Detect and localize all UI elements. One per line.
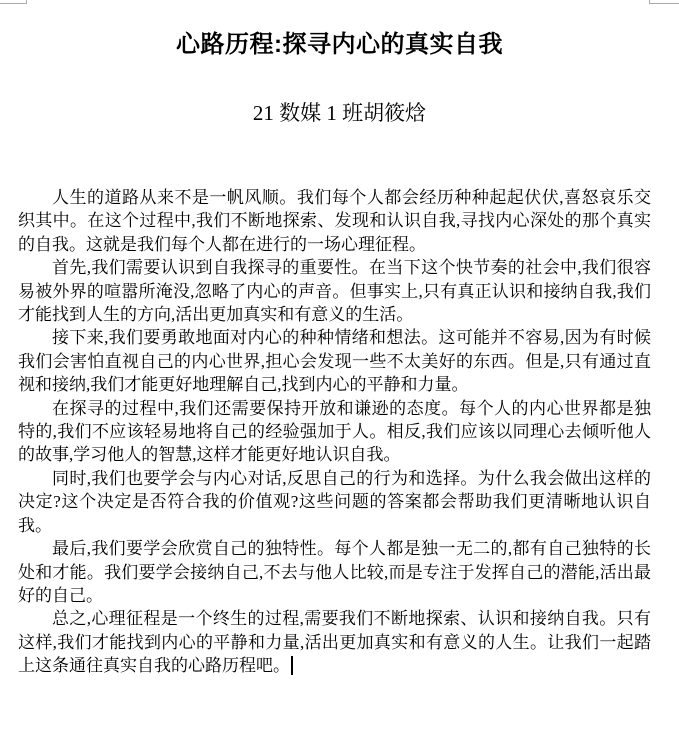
paragraph-5[interactable]: 同时,我们也要学会与内心对话,反思自己的行为和选择。为什么我会做出这样的决定?这… <box>18 467 651 537</box>
document-byline[interactable]: 21 数媒 1 班胡筱焓 <box>0 100 679 126</box>
document-body[interactable]: 人生的道路从来不是一帆风顺。我们每个人都会经历种种起起伏伏,喜怒哀乐交织其中。在… <box>18 186 651 678</box>
paragraph-7-text[interactable]: 总之,心理征程是一个终生的过程,需要我们不断地探索、认识和接纳自我。只有这样,我… <box>18 609 651 675</box>
text-boundary-mark-top-right <box>649 0 679 4</box>
paragraph-6[interactable]: 最后,我们要学会欣赏自己的独特性。每个人都是独一无二的,都有自己独特的长处和才能… <box>18 537 651 607</box>
paragraph-1[interactable]: 人生的道路从来不是一帆风顺。我们每个人都会经历种种起起伏伏,喜怒哀乐交织其中。在… <box>18 186 651 256</box>
paragraph-2[interactable]: 首先,我们需要认识到自我探寻的重要性。在当下这个快节奏的社会中,我们很容易被外界… <box>18 256 651 326</box>
text-boundary-mark-top-left <box>0 0 27 4</box>
paragraph-4[interactable]: 在探寻的过程中,我们还需要保持开放和谦逊的态度。每个人的内心世界都是独特的,我们… <box>18 397 651 467</box>
paragraph-3[interactable]: 接下来,我们要勇敢地面对内心的种种情绪和想法。这可能并不容易,因为有时候我们会害… <box>18 326 651 396</box>
paragraph-7[interactable]: 总之,心理征程是一个终生的过程,需要我们不断地探索、认识和接纳自我。只有这样,我… <box>18 607 651 677</box>
document-title[interactable]: 心路历程:探寻内心的真实自我 <box>0 30 679 60</box>
document-page[interactable]: 心路历程:探寻内心的真实自我 21 数媒 1 班胡筱焓 人生的道路从来不是一帆风… <box>0 0 679 737</box>
text-insertion-cursor <box>291 656 293 675</box>
